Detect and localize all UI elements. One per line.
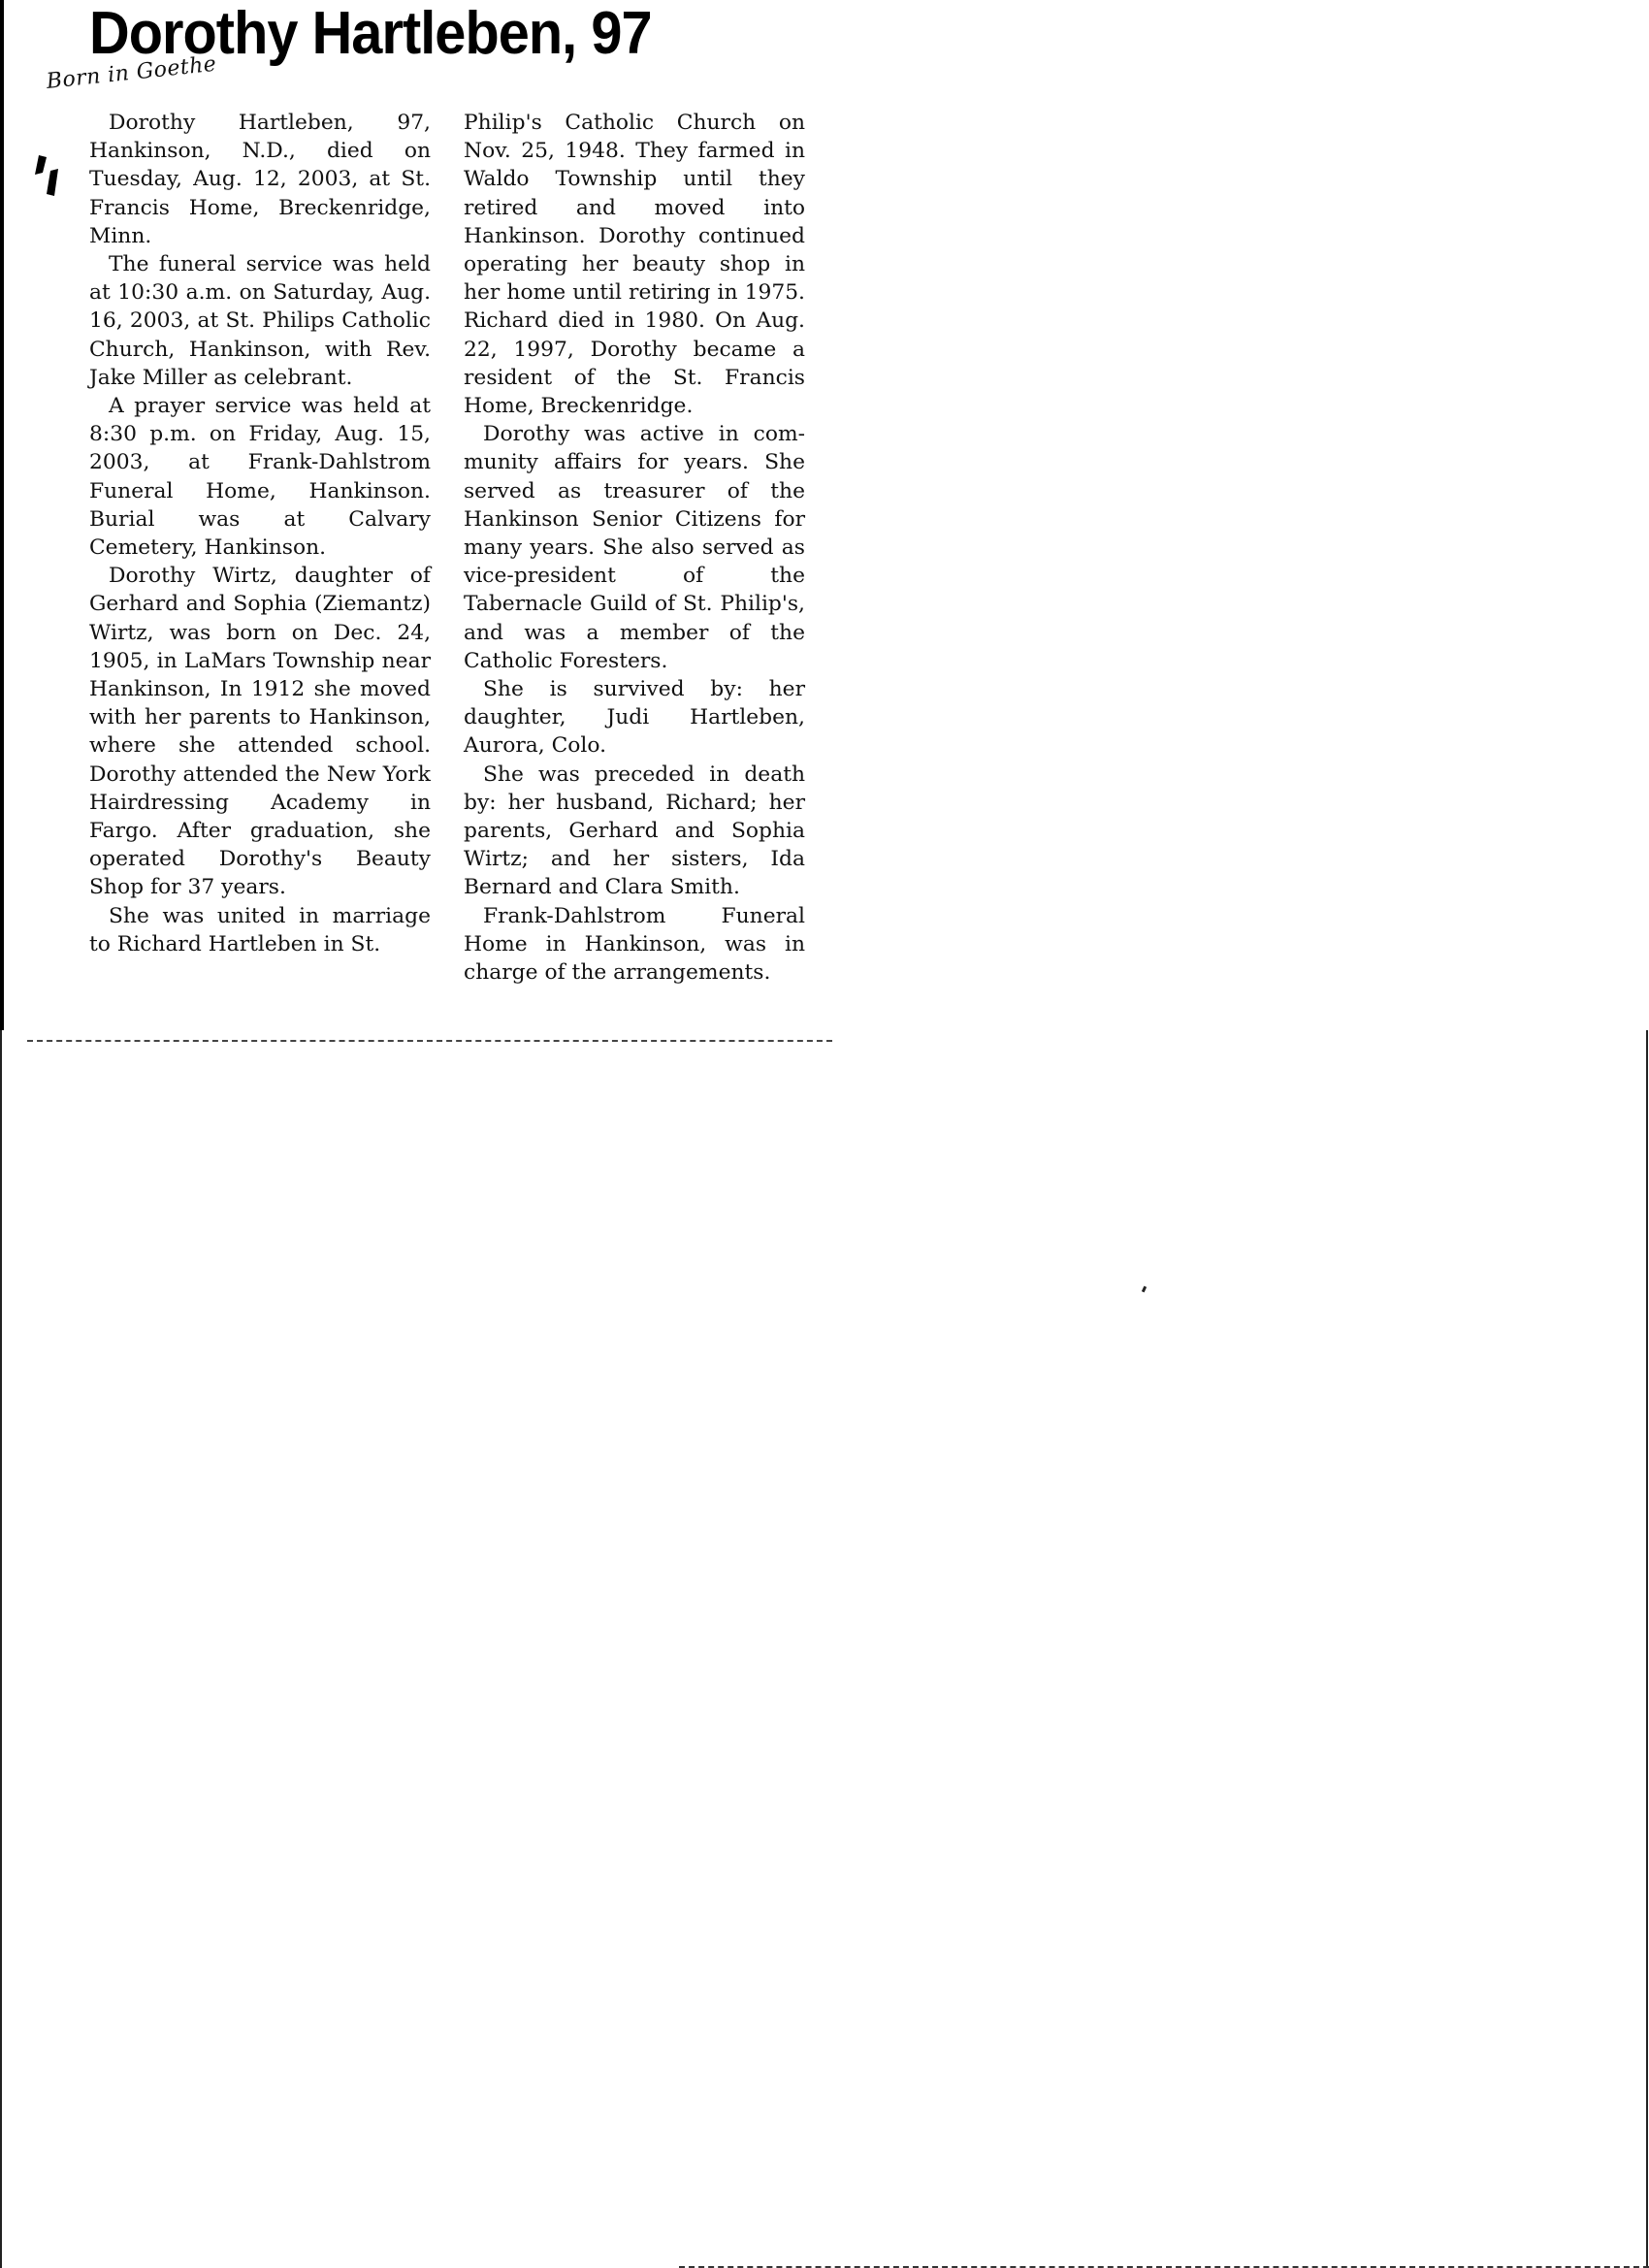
paragraph: A prayer service was held at 8:30 p.m. o… — [89, 392, 431, 562]
paragraph: She is survived by: her daughter, Judi H… — [464, 675, 805, 761]
scan-edge-right-lower — [1646, 1030, 1648, 2268]
clipping-bottom-rule — [27, 1040, 832, 1042]
scan-speck — [1142, 1286, 1147, 1293]
scan-edge-left — [0, 0, 4, 1030]
paragraph: She was united in marriage to Richard Ha… — [89, 902, 431, 958]
paragraph: Philip's Catholic Church on Nov. 25, 194… — [464, 109, 805, 420]
paragraph: Dorothy was active in com­munity affairs… — [464, 420, 805, 675]
paragraph: The funeral service was held at 10:30 a.… — [89, 250, 431, 392]
article-column-right: Philip's Catholic Church on Nov. 25, 194… — [464, 109, 805, 987]
article-column-left: Dorothy Hartleben, 97, Hankinson, N.D., … — [89, 109, 431, 958]
paragraph: Dorothy Wirtz, daughter of Gerhard and S… — [89, 562, 431, 901]
paragraph: Dorothy Hartleben, 97, Hankinson, N.D., … — [89, 109, 431, 250]
hand-drawn-arrow-icon — [29, 151, 68, 200]
paragraph: Frank-Dahlstrom Funeral Home in Hankinso… — [464, 902, 805, 988]
headline: Dorothy Hartleben, 97 — [89, 4, 652, 64]
scan-edge-left-lower — [0, 1030, 2, 2268]
paragraph: She was preceded in death by: her husban… — [464, 761, 805, 902]
